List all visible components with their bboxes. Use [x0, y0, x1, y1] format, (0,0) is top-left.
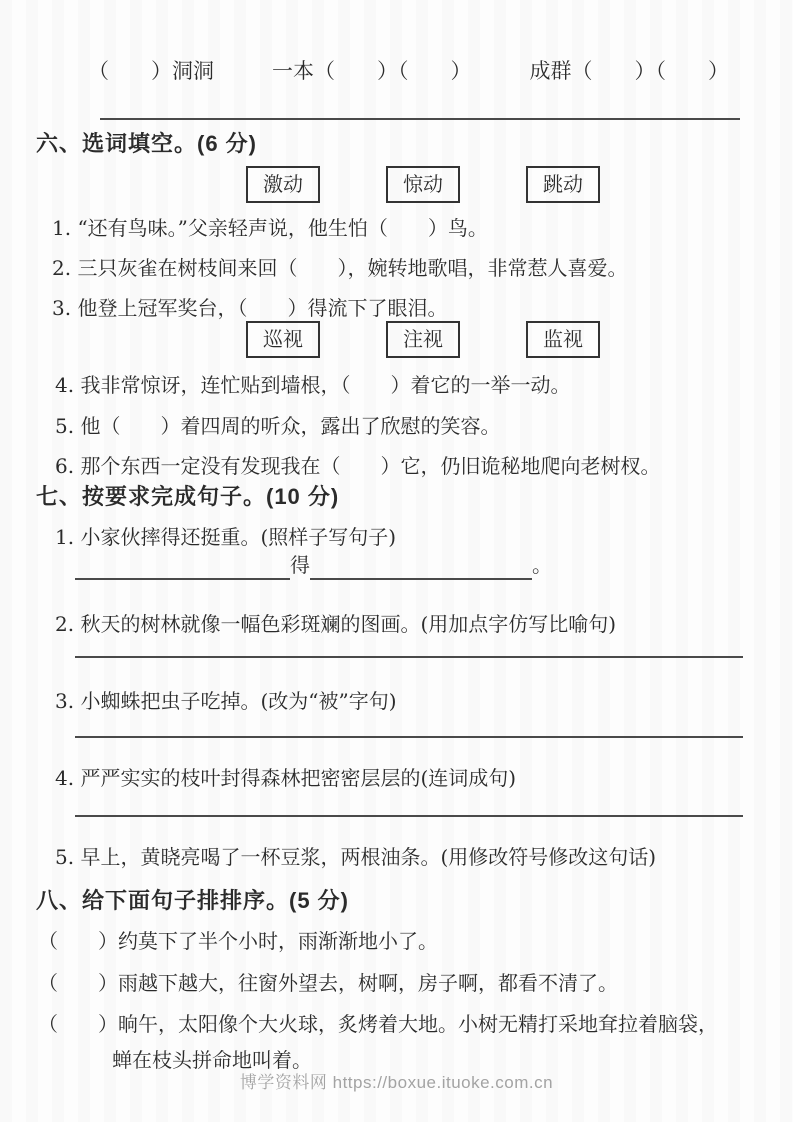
question-6-6: 6. 那个东西一定没有发现我在（ ）它，仍旧诡秘地爬向老树杈。	[55, 450, 660, 479]
word-fill-item: 一本（ ）（ ）	[272, 55, 472, 85]
footer-watermark: 博学资料网 https://boxue.ituoke.com.cn	[0, 1068, 793, 1093]
question-6-3: 3. 他登上冠军奖台，（ ）得流下了眼泪。	[52, 292, 447, 321]
answer-line	[75, 656, 743, 658]
word-box: 惊动	[386, 166, 460, 203]
section-6-title: 六、选词填空。(6 分)	[36, 127, 257, 158]
question-7-4: 4. 严严实实的枝叶封得森林把密密层层的(连词成句)	[55, 762, 516, 791]
question-7-2: 2. 秋天的树林就像一幅色彩斑斓的图画。(用加点字仿写比喻句)	[55, 608, 616, 637]
sort-item-1: （ ）约莫下了半个小时，雨渐渐地小了。	[38, 925, 438, 954]
word-choice-row-1: 激动 惊动 跳动	[246, 166, 600, 203]
answer-line	[75, 736, 743, 738]
blank-mid-char: 得	[290, 550, 310, 580]
question-7-3: 3. 小蜘蛛把虫子吃掉。(改为“被”字句)	[55, 685, 397, 714]
question-6-2: 2. 三只灰雀在树枝间来回（ ），婉转地歌唱，非常惹人喜爱。	[52, 252, 627, 281]
blank-end-punct: 。	[532, 550, 552, 580]
word-box: 激动	[246, 166, 320, 203]
section-8-title: 八、给下面句子排排序。(5 分)	[36, 884, 349, 915]
word-box: 巡视	[246, 321, 320, 358]
blank-line	[75, 550, 290, 580]
word-fill-item: 成群（ ）（ ）	[530, 55, 730, 85]
exam-page: （ ）洞洞 一本（ ）（ ） 成群（ ）（ ） 六、选词填空。(6 分) 激动 …	[0, 0, 793, 1122]
sort-item-3: （ ）晌午，太阳像个大火球，炙烤着大地。小树无精打采地耷拉着脑袋，	[38, 1008, 718, 1037]
word-box: 监视	[526, 321, 600, 358]
question-6-5: 5. 他（ ）着四周的听众，露出了欣慰的笑容。	[55, 410, 500, 439]
word-box: 跳动	[526, 166, 600, 203]
word-box: 注视	[386, 321, 460, 358]
question-6-4: 4. 我非常惊讶，连忙贴到墙根，（ ）着它的一举一动。	[55, 369, 570, 398]
question-6-1: 1. “还有鸟味。”父亲轻声说，他生怕（ ）鸟。	[52, 212, 488, 241]
sort-item-2: （ ）雨越下越大，往窗外望去，树啊，房子啊，都看不清了。	[38, 967, 618, 996]
word-fill-row: （ ）洞洞 一本（ ）（ ） 成群（ ）（ ）	[88, 55, 729, 85]
word-choice-row-2: 巡视 注视 监视	[246, 321, 600, 358]
section-7-title: 七、按要求完成句子。(10 分)	[36, 480, 339, 511]
question-7-1: 1. 小家伙摔得还挺重。(照样子写句子)	[55, 521, 396, 550]
blank-line	[310, 550, 532, 580]
question-7-5: 5. 早上，黄晓亮喝了一杯豆浆，两根油条。(用修改符号修改这句话)	[55, 841, 656, 870]
answer-line	[75, 815, 743, 817]
answer-line	[100, 118, 740, 120]
question-7-1-answer-blank: 得 。	[75, 550, 552, 580]
word-fill-item: （ ）洞洞	[88, 55, 214, 85]
